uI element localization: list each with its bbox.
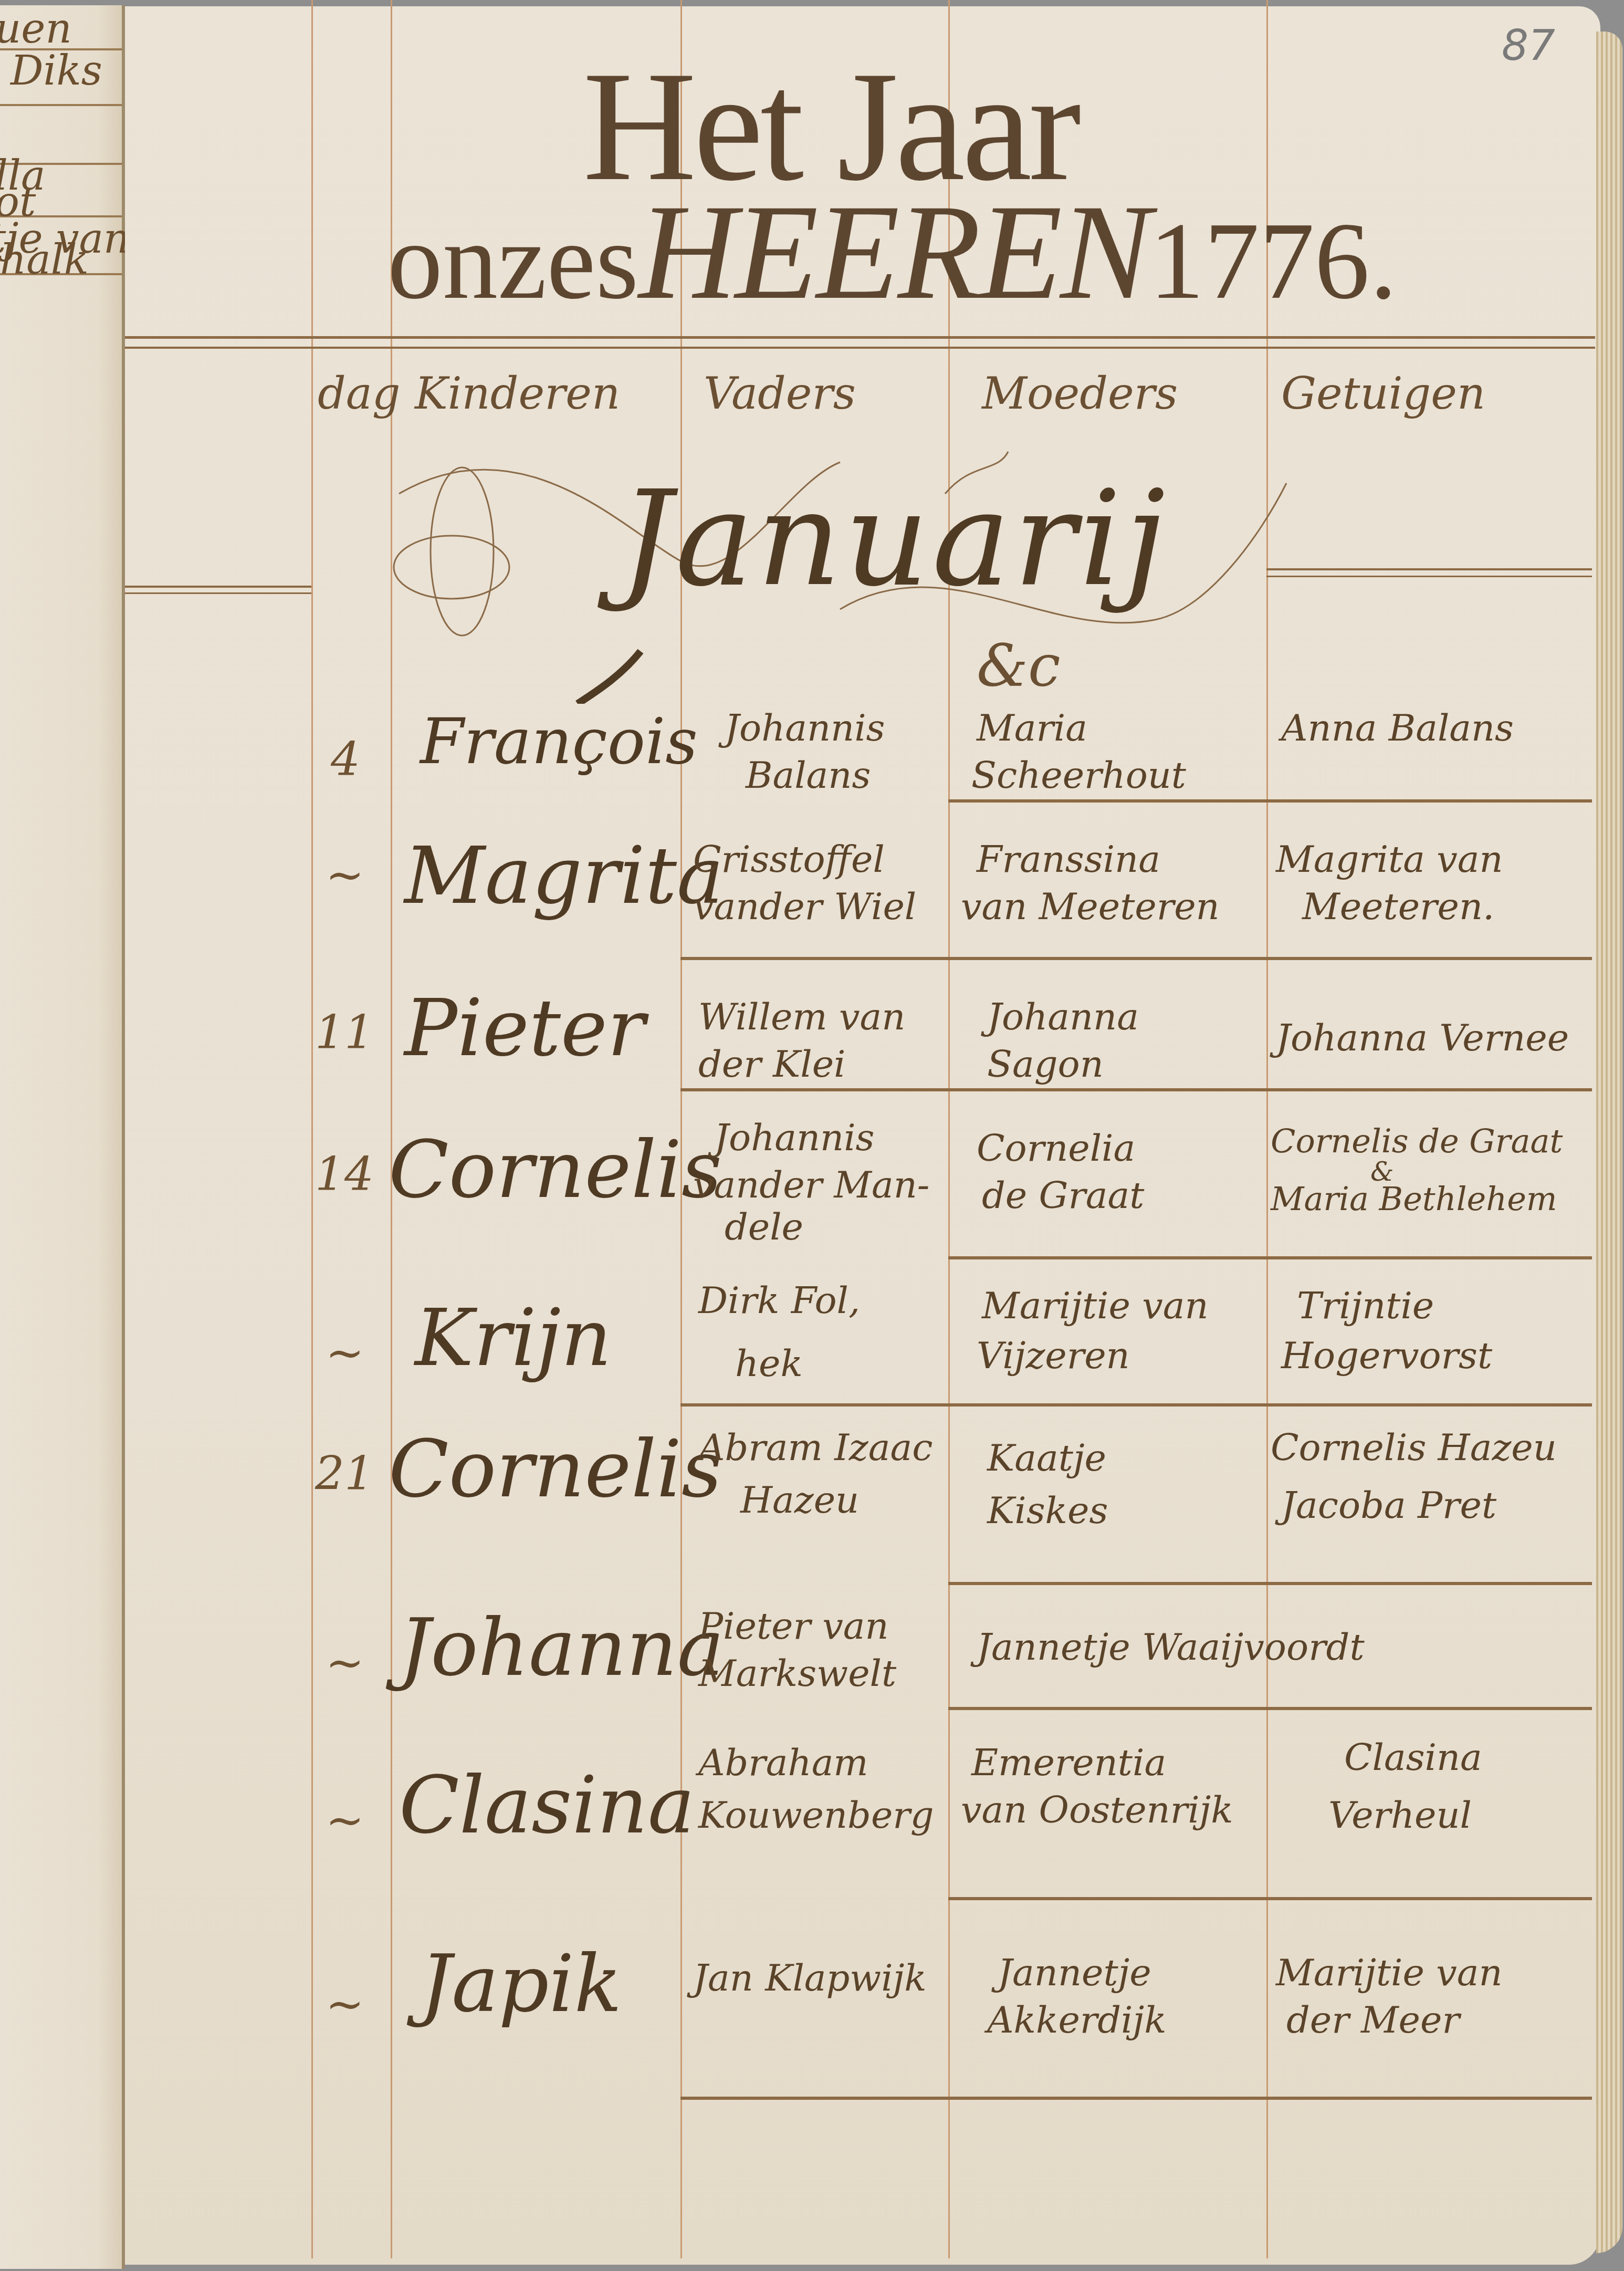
page-edges	[1596, 32, 1622, 2253]
column-header-children: Kinderen	[415, 368, 620, 419]
entry-father-line2: Kouwenberg	[698, 1796, 934, 1835]
row-divider	[948, 1256, 1592, 1259]
entry-day: ~	[326, 1329, 364, 1377]
entry-witness-line2: Hogervorst	[1281, 1337, 1492, 1376]
header-rule-bottom	[125, 347, 1595, 349]
row-divider	[948, 799, 1592, 803]
column-line-mothers	[948, 0, 950, 2258]
month-rule-left	[125, 592, 311, 594]
entry-father-line1: Pieter van	[698, 1607, 889, 1646]
row-divider	[680, 1403, 1592, 1407]
column-header-witnesses: Getuigen	[1281, 368, 1485, 419]
entry-day: ~	[326, 851, 364, 899]
entry-child-name: Clasina	[399, 1765, 695, 1848]
month-rule-right	[1266, 568, 1592, 570]
column-header-mothers: Moeders	[982, 368, 1178, 419]
month-ampersand: &c	[977, 636, 1061, 696]
month-rule-right	[1266, 576, 1592, 577]
entry-child-name: Cornelis	[389, 1429, 722, 1512]
row-divider	[948, 1582, 1592, 1585]
title-year: 1776.	[1149, 200, 1398, 322]
entry-mother-line1: Johanna	[987, 998, 1139, 1037]
entry-witness-line1: Johanna Vernee	[1276, 1019, 1569, 1058]
entry-day: ~	[326, 1980, 364, 2028]
entry-mother-line2: van Oostenrijk	[961, 1791, 1233, 1830]
entry-child-name: François	[420, 709, 698, 775]
entry-father-line2: hek	[735, 1345, 803, 1383]
entry-day: ~	[326, 1639, 364, 1687]
row-divider	[680, 957, 1592, 960]
entry-father-line2: der Klei	[698, 1045, 845, 1084]
entry-day: 21	[315, 1450, 374, 1498]
entry-mother-line1: Maria	[977, 709, 1087, 748]
entry-day: ~	[326, 1796, 364, 1845]
title-onzes: onzes	[387, 200, 638, 322]
entry-witness-line1: Cornelis Hazeu	[1271, 1429, 1557, 1467]
column-header-fathers: Vaders	[704, 368, 856, 419]
entry-day: 4	[331, 735, 360, 784]
entry-mother-line2: Kiskes	[987, 1492, 1108, 1530]
entry-mother-line1: Emerentia	[971, 1744, 1166, 1783]
entry-mother-line2: Akkerdijk	[987, 2001, 1167, 2040]
entry-mother-line1: Kaatje	[987, 1439, 1106, 1478]
entry-witness-line1: Magrita van	[1276, 840, 1503, 879]
entry-father-line1: Willem van	[698, 998, 905, 1037]
entry-witness-line1: Clasina	[1344, 1738, 1482, 1777]
column-line-witnesses	[1266, 0, 1268, 2258]
entry-father-line1: Johannis	[725, 709, 885, 748]
entry-witness-line2: Jacoba Pret	[1281, 1486, 1496, 1525]
fragment-text: halk	[0, 236, 89, 284]
entry-child-name: Pieter	[404, 987, 645, 1070]
title-onzes-heeren: onzesHEEREN1776.	[387, 184, 1397, 320]
entry-father-line2: vander Wiel	[693, 888, 916, 926]
entry-mother-line1: Cornelia	[977, 1129, 1135, 1168]
entry-mother-line2: Vijzeren	[977, 1337, 1130, 1376]
entry-witness-line2: der Meer	[1286, 2001, 1460, 2040]
entry-mother-line1: Jannetje	[998, 1954, 1151, 1993]
entry-mother-line2: de Graat	[982, 1176, 1144, 1215]
entry-witness-line2: Maria Bethlehem	[1271, 1182, 1557, 1216]
fragment-text: Diks	[11, 47, 102, 95]
month-rule-left	[125, 586, 311, 588]
entry-father-line2: Markswelt	[698, 1654, 896, 1693]
column-line-day	[311, 0, 313, 2258]
entry-father-line1: Jan Klapwijk	[693, 1959, 927, 1998]
entry-mother-line1: Jannetje Waaijvoordt	[977, 1628, 1365, 1667]
entry-mother-line1: Franssina	[977, 840, 1160, 879]
entry-father-line1: Abram Izaac	[698, 1429, 933, 1467]
entry-father-line1: Dirk Fol,	[698, 1282, 860, 1320]
row-divider	[0, 104, 122, 106]
entry-father-line1: Abraham	[698, 1744, 868, 1783]
entry-mother-line1: Marijtie van	[982, 1287, 1209, 1326]
fragment-text: uen	[0, 5, 72, 53]
entry-witness-line2: Meeteren.	[1302, 888, 1494, 926]
entry-father-line3: dele	[725, 1208, 803, 1247]
month-title: Januarij	[620, 462, 1168, 615]
row-divider	[680, 2097, 1592, 2100]
title-heeren: HEEREN	[638, 176, 1149, 328]
entry-witness-line1: Trijntie	[1297, 1287, 1434, 1326]
entry-day: 11	[315, 1008, 374, 1057]
entry-mother-line2: Sagon	[987, 1045, 1104, 1084]
entry-father-line2: vander Man-	[693, 1166, 929, 1205]
page-number: 87	[1502, 21, 1555, 70]
column-header-day: dag	[318, 368, 401, 419]
row-divider	[680, 1088, 1592, 1091]
header-rule-top	[125, 336, 1595, 339]
entry-child-name: Japik	[420, 1943, 622, 2026]
entry-father-line1: Johannis	[714, 1119, 875, 1158]
row-divider	[948, 1707, 1592, 1710]
entry-child-name: Cornelis	[389, 1129, 722, 1212]
entry-witness-line1: Anna Balans	[1281, 709, 1514, 748]
entry-mother-line2: van Meeteren	[961, 888, 1220, 926]
entry-father-line2: Balans	[746, 756, 871, 795]
entry-child-name: Johanna	[399, 1607, 724, 1690]
row-divider	[948, 1897, 1592, 1900]
entry-father-line2: Hazeu	[740, 1481, 859, 1520]
entry-day: 14	[315, 1150, 374, 1199]
entry-child-name: Krijn	[415, 1297, 612, 1380]
entry-mother-line2: Scheerhout	[971, 756, 1186, 795]
entry-child-name: Magrita	[404, 835, 724, 918]
entry-witness-line2: Verheul	[1328, 1796, 1472, 1835]
entry-father-line1: Crisstoffel	[693, 840, 885, 879]
entry-witness-line1: Cornelis de Graat	[1271, 1124, 1563, 1158]
entry-witness-line1: Marijtie van	[1276, 1954, 1503, 1993]
previous-page-fragment: uen Diks lla ot tje van halk	[0, 5, 125, 2269]
